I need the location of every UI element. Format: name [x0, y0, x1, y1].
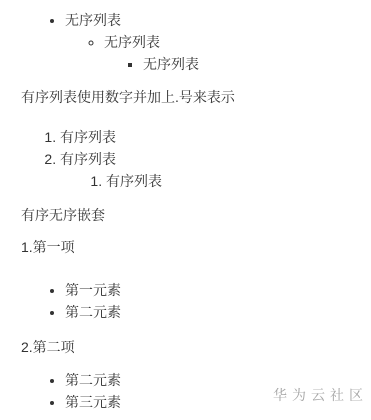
list-item-text: 第一元素 — [65, 282, 121, 298]
watermark: 华为云社区 — [273, 384, 368, 406]
list-item-text: 第三元素 — [65, 394, 121, 410]
unordered-list-level2: 无序列表 无序列表 — [65, 31, 371, 75]
ordered-list-intro-paragraph: 有序列表使用数字并加上.号来表示 — [21, 86, 371, 108]
list-item-text: 无序列表 — [65, 12, 121, 28]
mixed-nesting-title: 有序无序嵌套 — [21, 204, 371, 226]
ordered-list-nested: 有序列表 — [60, 170, 371, 192]
list-item-text: 第二元素 — [65, 372, 121, 388]
list-item-text: 无序列表 — [143, 56, 199, 72]
list-item: 无序列表 无序列表 — [104, 31, 371, 75]
list-item: 无序列表 — [143, 53, 371, 75]
list-item: 第二元素 — [65, 301, 371, 323]
list-item: 无序列表 无序列表 无序列表 — [65, 9, 371, 75]
unordered-list-demo: 无序列表 无序列表 无序列表 — [21, 9, 371, 75]
list-item: 有序列表 有序列表 — [60, 148, 371, 192]
first-item-label: 1.第一项 — [21, 236, 371, 258]
document-content: 无序列表 无序列表 无序列表 有序列表使用数字并加上.号来表示 有序列表 有序列… — [21, 9, 371, 413]
unordered-list-level3: 无序列表 — [104, 53, 371, 75]
list-item: 第一元素 — [65, 279, 371, 301]
second-item-label: 2.第二项 — [21, 336, 371, 358]
list-item-text: 第二元素 — [65, 304, 121, 320]
ordered-list-demo: 有序列表 有序列表 有序列表 — [21, 126, 371, 192]
list-item-text: 有序列表 — [60, 151, 116, 167]
list-item-text: 有序列表 — [106, 173, 162, 189]
list-item: 有序列表 — [60, 126, 371, 148]
list-item-text: 有序列表 — [60, 129, 116, 145]
list-item-text: 无序列表 — [104, 34, 160, 50]
list-item: 有序列表 — [106, 170, 371, 192]
first-item-bullet-list: 第一元素 第二元素 — [21, 279, 371, 323]
